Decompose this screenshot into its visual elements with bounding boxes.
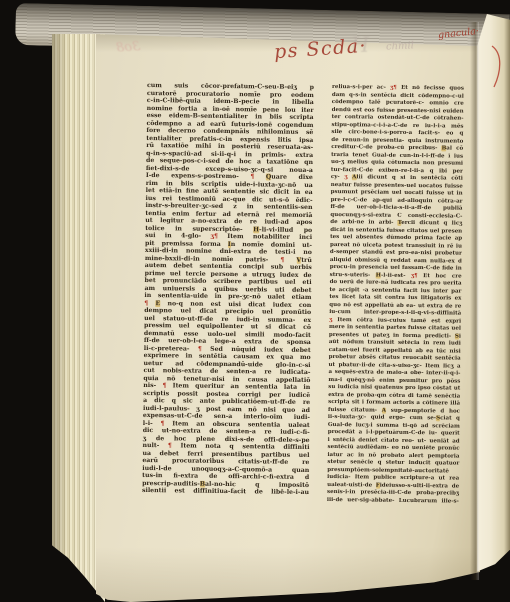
book-photo: 3o8 H chmil ps Scda· gnacula· cum suis c… [0,0,510,602]
text-column-right: reliua-s-i-per ac- ʒ¶ Et nō fecisse quos… [327,84,464,506]
right-page-edge [477,14,510,590]
showthrough-script: chmil [386,40,414,52]
red-flourish-mark [488,44,508,90]
text-column-left: cum suis cōcor-prefatum-C-seu-B-eiʒ pcur… [142,82,314,497]
showthrough-number: 3o8 [116,39,141,56]
text-line: iii-de uer-sig-abbate- Lucubrarum ille-s… [327,496,459,505]
gutter-fold [470,22,479,580]
